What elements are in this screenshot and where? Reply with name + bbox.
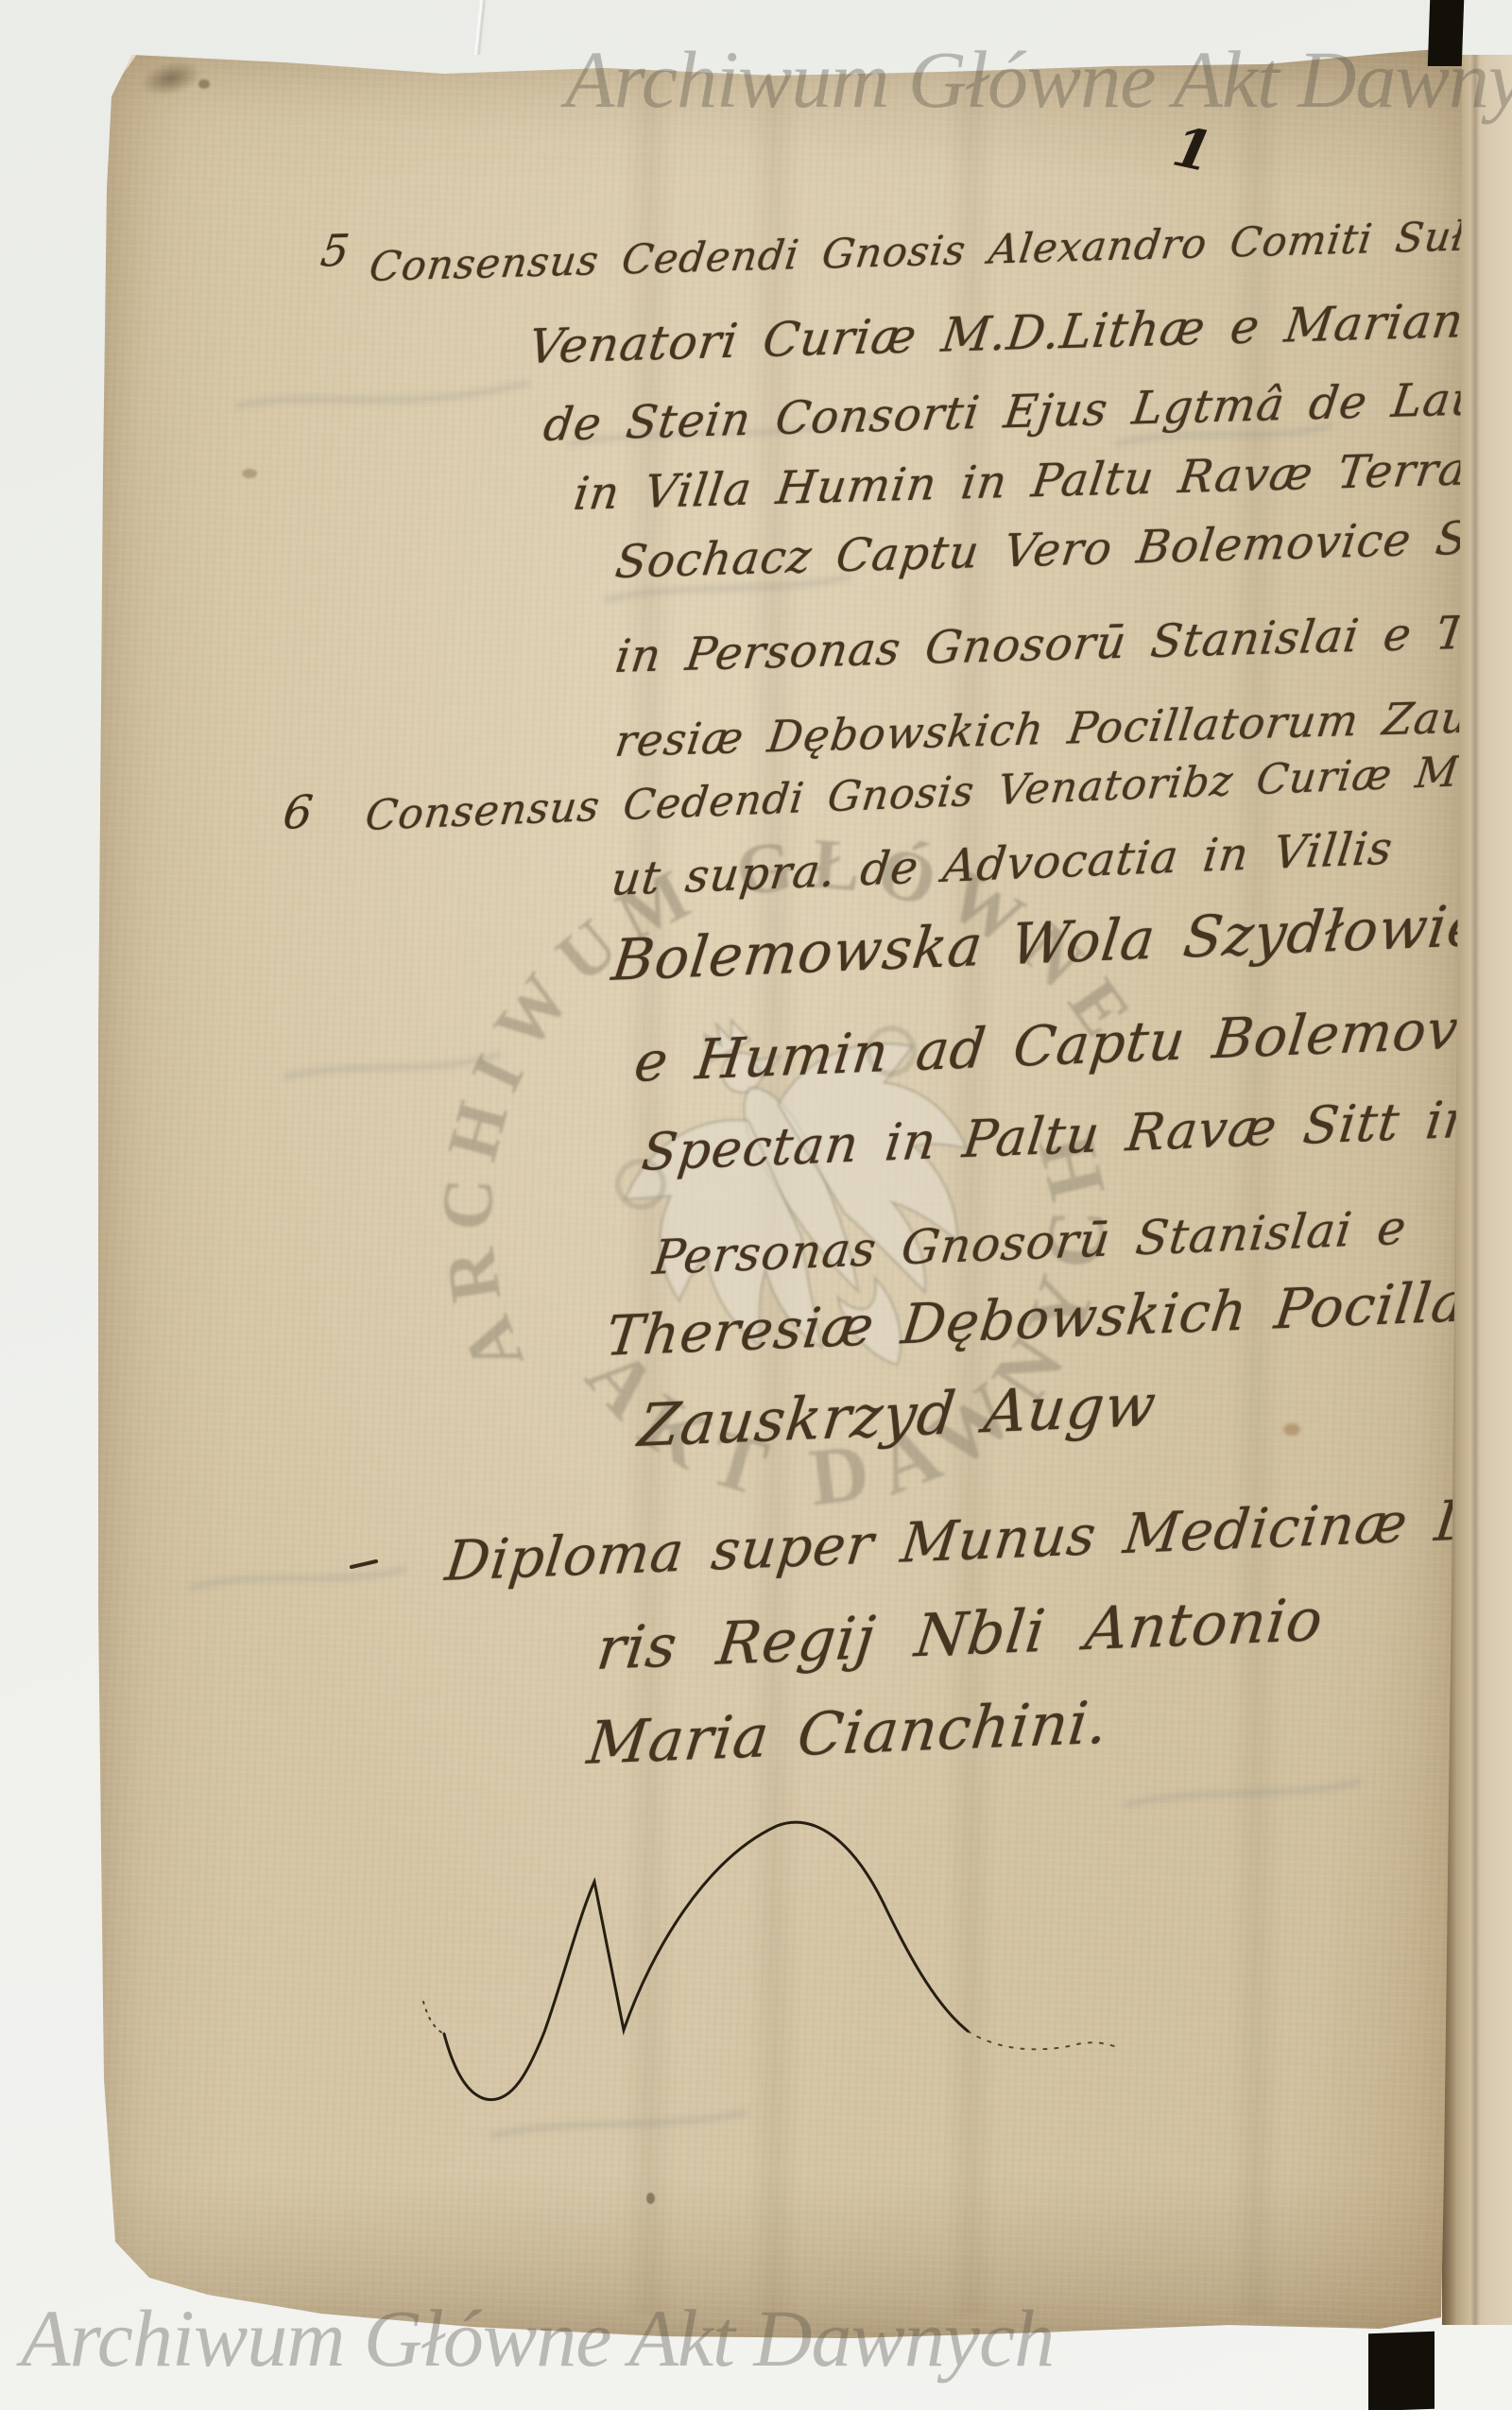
entry-dash	[352, 1561, 376, 1567]
manuscript-page: ARCHIWUM GŁÓWNE AKT DAWNYCH	[0, 0, 1512, 2410]
pen-flourish	[423, 1822, 1119, 2099]
watermark-text-top: Archiwum Główne Akt Dawnych	[565, 32, 1512, 127]
scanner-crease	[473, 0, 487, 55]
entry-number: 6	[281, 785, 316, 840]
flourish-main	[444, 1822, 968, 2099]
black-tab-bottom	[1368, 2332, 1435, 2410]
page-fold-shadow	[1470, 55, 1480, 2325]
watermark-text-bottom: Archiwum Główne Akt Dawnych	[21, 2291, 1054, 2385]
flourish-tail	[968, 2031, 1119, 2049]
archival-scan: ARCHIWUM GŁÓWNE AKT DAWNYCH	[0, 0, 1512, 2410]
flourish-lead-in	[423, 2002, 444, 2034]
